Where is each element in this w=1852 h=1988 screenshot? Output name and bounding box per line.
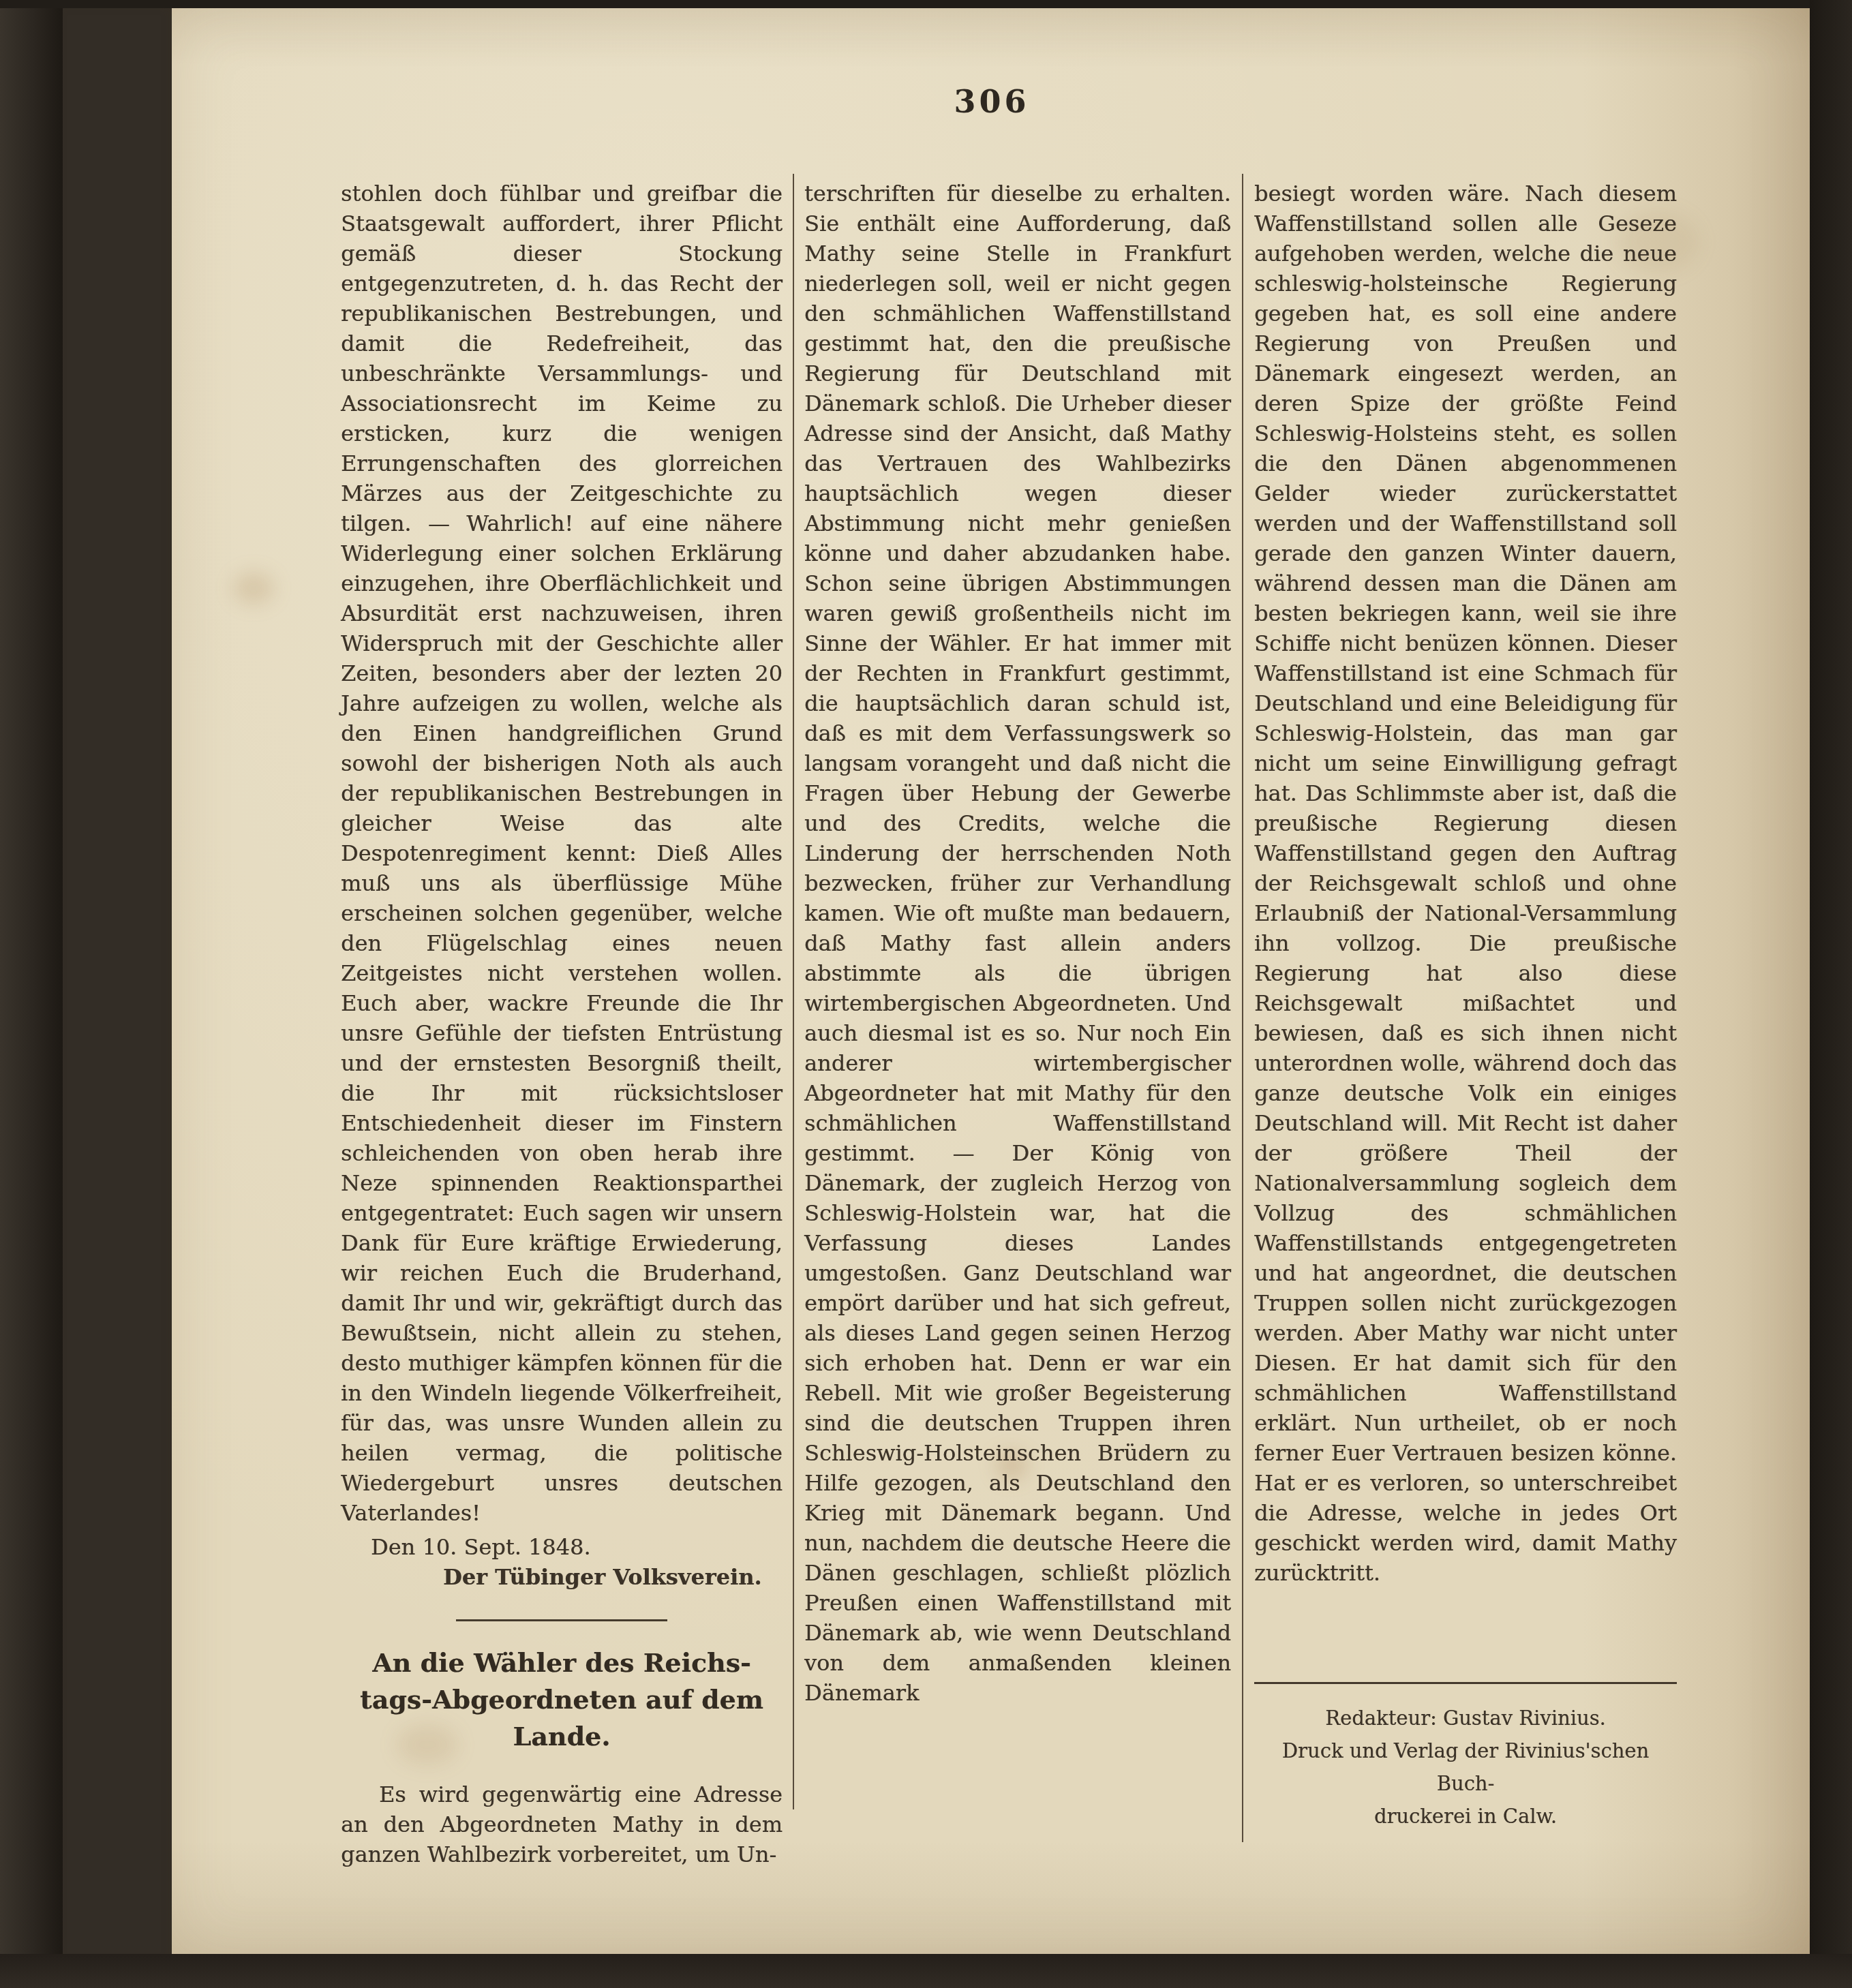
- book-page-edges: [63, 5, 176, 1963]
- imprint-block: Redakteur: Gustav Rivinius. Druck und Ve…: [1254, 1682, 1677, 1833]
- column-divider-1: [793, 174, 794, 1809]
- imprint-place: druckerei in Calw.: [1254, 1800, 1677, 1833]
- signature: Der Tübinger Volksverein.: [341, 1562, 783, 1592]
- text-column-2: terschriften für dieselbe zu erhalten. S…: [804, 179, 1231, 1708]
- dateline: Den 10. Sept. 1848.: [341, 1532, 783, 1562]
- scan-background-top: [0, 0, 1852, 8]
- paragraph-address: terschriften für dieselbe zu erhalten. S…: [804, 179, 1231, 1708]
- page-number: 306: [944, 83, 1039, 120]
- imprint-editor: Redakteur: Gustav Rivinius.: [1254, 1702, 1677, 1734]
- paragraph-armistice: besiegt worden wäre. Nach diesem Waffens…: [1254, 179, 1677, 1588]
- scan-background-right: [1810, 0, 1852, 1988]
- text-column-1: stohlen doch fühlbar und greifbar die St…: [341, 179, 783, 1869]
- scan-background-bottom: [0, 1954, 1852, 1988]
- article-heading: An die Wähler des Reichs- tags-Abgeordne…: [341, 1645, 783, 1755]
- paragraph-declaration: stohlen doch fühlbar und greifbar die St…: [341, 179, 783, 1528]
- paragraph-intro: Es wird gegenwärtig eine Adresse an den …: [341, 1779, 783, 1869]
- scan-background-left: [0, 0, 63, 1988]
- section-divider: [456, 1619, 667, 1621]
- text-column-3: besiegt worden wäre. Nach diesem Waffens…: [1254, 179, 1677, 1588]
- imprint-rule: [1254, 1682, 1677, 1684]
- imprint-publisher: Druck und Verlag der Rivinius'schen Buch…: [1254, 1734, 1677, 1800]
- column-divider-2: [1242, 174, 1243, 1842]
- paper-stain: [233, 572, 274, 604]
